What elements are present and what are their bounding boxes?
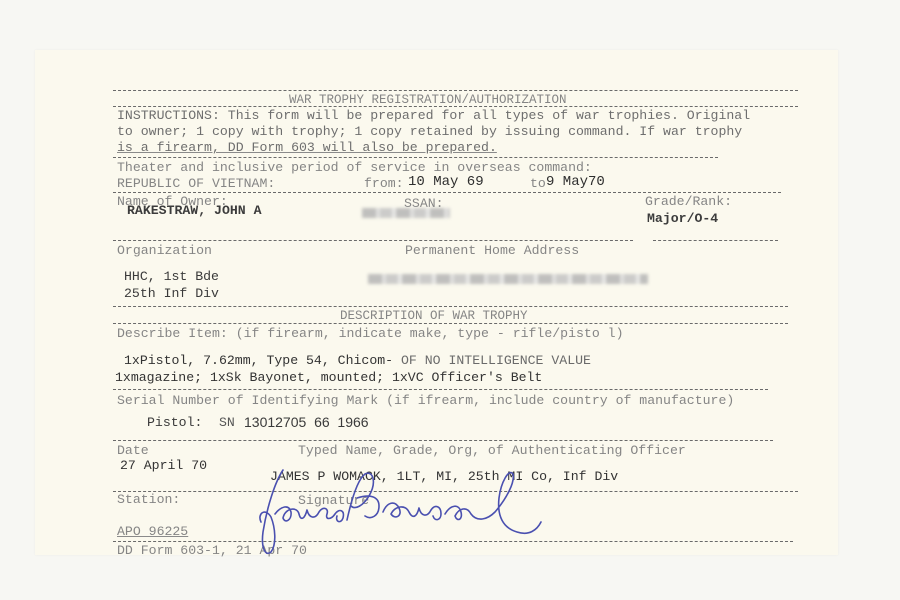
theater-label: Theater and inclusive period of service …	[117, 160, 592, 175]
serial-value: 13012705 66 1966	[244, 415, 369, 430]
ssan-redacted	[362, 208, 450, 218]
instructions-line-2: to owner; 1 copy with trophy; 1 copy ret…	[117, 124, 742, 139]
serial-sn-label: SN	[219, 415, 235, 430]
rule-theater	[113, 192, 781, 193]
rule-organization	[113, 306, 788, 307]
instructions-line-3: is a firearm, DD Form 603 will also be p…	[117, 140, 497, 155]
rule-top	[113, 90, 798, 91]
intelligence-stamp: OF NO INTELLIGENCE VALUE	[401, 353, 591, 368]
describe-item-label: Describe Item: (if firearm, indicate mak…	[117, 326, 623, 341]
rule-description	[113, 389, 768, 390]
rule-instructions	[113, 157, 718, 158]
station-label: Station:	[117, 492, 180, 507]
description-line-1: 1xPistol, 7.62mm, Type 54, Chicom- OF NO…	[124, 353, 591, 368]
from-label: from:	[364, 176, 404, 191]
owner-name: RAKESTRAW, JOHN A	[127, 203, 262, 218]
rule-description-title	[113, 323, 788, 324]
organization-label: Organization	[117, 243, 212, 258]
serial-label: Serial Number of Identifying Mark (if if…	[117, 393, 734, 408]
rule-title	[113, 106, 798, 107]
grade-label: Grade/Rank:	[645, 194, 732, 209]
from-date: 10 May 69	[408, 175, 484, 190]
date-value: 27 April 70	[120, 458, 207, 473]
organization-line-2: 25th Inf Div	[124, 286, 219, 301]
description-item: 1xPistol, 7.62mm, Type 54, Chicom-	[124, 353, 393, 368]
theater-value: REPUBLIC OF VIETNAM:	[117, 176, 275, 191]
description-section-title: DESCRIPTION OF WAR TROPHY	[340, 309, 528, 324]
instructions-line-1: INSTRUCTIONS: This form will be prepared…	[117, 108, 750, 123]
grade-value: Major/O-4	[647, 211, 718, 226]
rule-serial	[113, 440, 773, 441]
address-redacted	[368, 274, 648, 284]
rule-owner	[113, 240, 633, 241]
station-value: APO 96225	[117, 524, 188, 539]
to-label: to	[530, 176, 546, 191]
description-line-2: 1xmagazine; 1xSk Bayonet, mounted; 1xVC …	[115, 370, 542, 385]
officer-signature	[245, 462, 545, 562]
address-label: Permanent Home Address	[405, 243, 579, 258]
rule-owner-right	[653, 240, 778, 241]
to-date: 9 May70	[546, 175, 605, 190]
serial-prefix: Pistol:	[147, 415, 202, 430]
date-label: Date	[117, 443, 149, 458]
officer-label: Typed Name, Grade, Org, of Authenticatin…	[298, 443, 686, 458]
organization-line-1: HHC, 1st Bde	[124, 269, 219, 284]
